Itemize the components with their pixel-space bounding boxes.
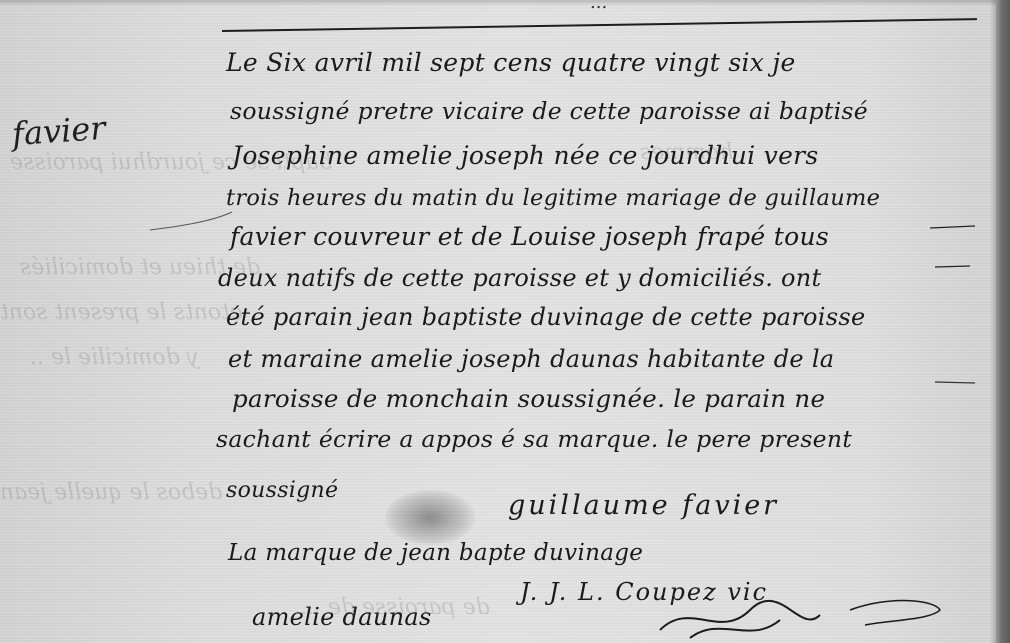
scanned-register-page: bapti se ce jourdhui paroisse de thieu e… [0, 0, 1010, 643]
line-end-strokes [0, 0, 1010, 643]
